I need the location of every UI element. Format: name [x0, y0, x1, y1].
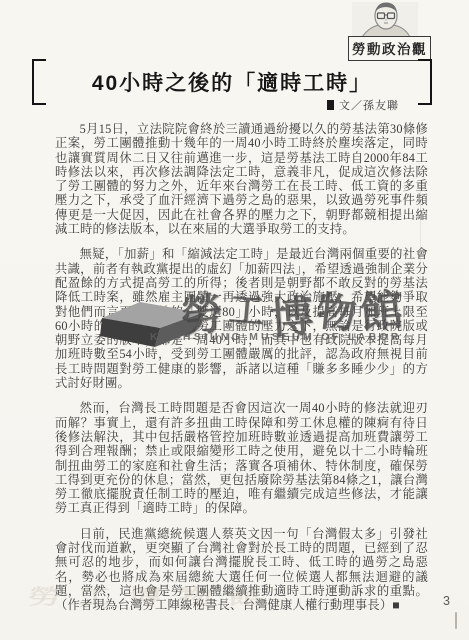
paragraph: 無疑，「加薪」和「縮減法定工時」是最近台灣兩個重要的社會共識，前者有執政黨提出的… — [55, 247, 428, 390]
scan-artifact-line — [420, 190, 421, 280]
byline: 文／孫友聯 — [327, 97, 399, 113]
scan-artifact-mark — [455, 612, 457, 629]
page-number: 3 — [443, 594, 450, 608]
title-bracket-right-icon — [418, 59, 432, 105]
paragraph: 日前，民進黨總統候選人蔡英文因一句「台灣假太多」引發社會討伐而道歉，更突顯了台灣… — [55, 527, 428, 613]
magazine-page: 勞動政治觀 40小時之後的「適時工時」 文／孫友聯 5月15日，立法院院會終於三… — [0, 0, 469, 640]
paragraph: 5月15日，立法院院會終於三讀通過紛擾以久的勞基法第30條修正案，勞工團體推動十… — [55, 122, 428, 236]
paragraph: 然而，台灣長工時問題是否會因這次一周40小時的修法就迎刃而解？事實上，還有許多扭… — [55, 401, 428, 515]
byline-text: 文／孫友聯 — [339, 100, 399, 112]
author-portrait-icon — [352, 2, 418, 37]
article-body: 5月15日，立法院院會終於三讀通過紛擾以久的勞基法第30條修正案，勞工團體推動十… — [55, 122, 428, 624]
article-title: 40小時之後的「適時工時」 — [46, 67, 418, 97]
byline-square-icon — [327, 100, 334, 110]
title-bracket-left-icon — [32, 59, 46, 105]
